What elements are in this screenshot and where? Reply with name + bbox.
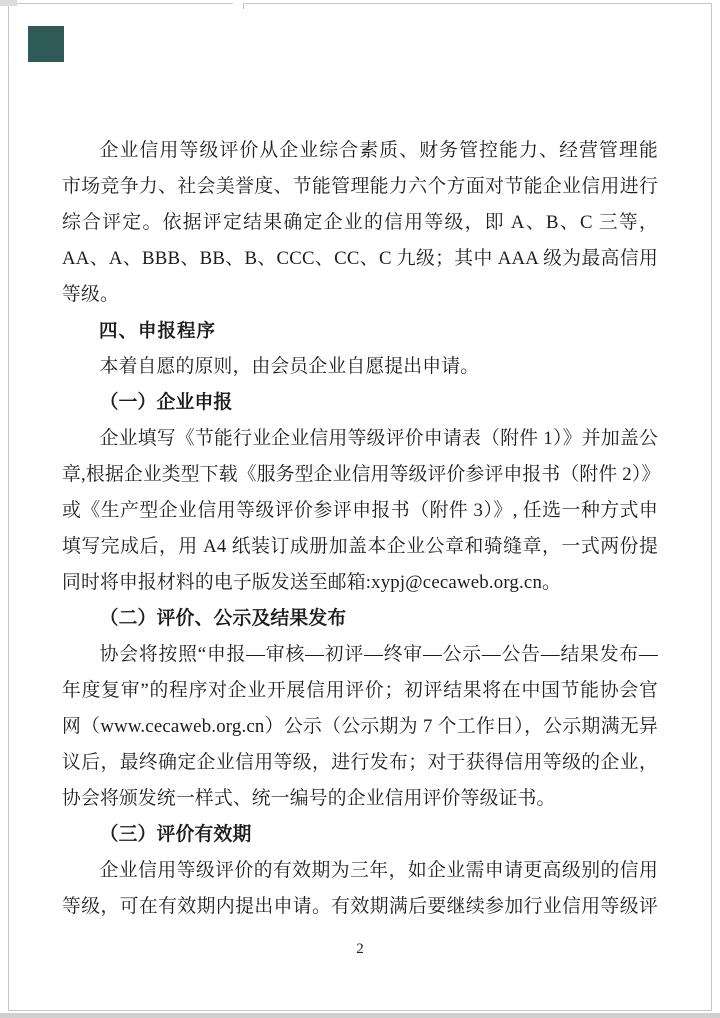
document-page: { "page": { "number": "2", "background":… bbox=[0, 0, 720, 1018]
paragraph-credit-grades: 企业信用等级评价从企业综合素质、财务管控能力、经营管理能力、 市场竞争力、社会美… bbox=[62, 133, 658, 313]
subsection-heading-3: （三）评价有效期 bbox=[62, 817, 658, 853]
scan-corner-artifact bbox=[0, 0, 17, 6]
subsection-heading-1: （一）企业申报 bbox=[62, 385, 658, 421]
text-line: 或《生产型企业信用等级评价参评申报书（附件 3）》, 任选一种方式申报。 bbox=[62, 493, 658, 529]
text-line: 年度复审”的程序对企业开展信用评价；初评结果将在中国节能协会官 bbox=[62, 673, 658, 709]
text-line: 填写完成后，用 A4 纸装订成册加盖本企业公章和骑缝章，一式两份提交， bbox=[62, 529, 658, 565]
subsection-heading-2: （二）评价、公示及结果发布 bbox=[62, 601, 658, 637]
text-line: 同时将申报材料的电子版发送至邮箱:xypj@cecaweb.org.cn。 bbox=[62, 565, 658, 601]
page-number: 2 bbox=[0, 941, 720, 958]
paragraph-application: 企业填写《节能行业企业信用等级评价申请表（附件 1）》并加盖公 章,根据企业类型… bbox=[62, 421, 658, 601]
text-line: 议后，最终确定企业信用等级，进行发布；对于获得信用等级的企业， bbox=[62, 745, 658, 781]
text-line: 网（www.cecaweb.org.cn）公示（公示期为 7 个工作日），公示期… bbox=[62, 709, 658, 745]
text-line: 章,根据企业类型下载《服务型企业信用等级评价参评申报书（附件 2）》 bbox=[62, 457, 658, 493]
section-heading-4: 四、申报程序 bbox=[62, 313, 658, 349]
text-line: 等级，可在有效期内提出申请。有效期满后要继续参加行业信用等级评 bbox=[62, 889, 658, 925]
page-border-tick bbox=[243, 3, 244, 9]
scan-bottom-edge bbox=[0, 1013, 720, 1018]
text-line: 等级。 bbox=[62, 277, 658, 313]
text-line: 协会将颁发统一样式、统一编号的企业信用评价等级证书。 bbox=[62, 781, 658, 817]
paragraph-validity-period: 企业信用等级评价的有效期为三年，如企业需申请更高级别的信用 等级，可在有效期内提… bbox=[62, 853, 658, 925]
paragraph-voluntary: 本着自愿的原则，由会员企业自愿提出申请。 bbox=[62, 349, 658, 385]
text-line: 企业信用等级评价的有效期为三年，如企业需申请更高级别的信用 bbox=[62, 853, 658, 889]
text-line: 市场竞争力、社会美誉度、节能管理能力六个方面对节能企业信用进行 bbox=[62, 169, 658, 205]
text-line: 企业信用等级评价从企业综合素质、财务管控能力、经营管理能力、 bbox=[62, 133, 658, 169]
text-line: 企业填写《节能行业企业信用等级评价申请表（附件 1）》并加盖公 bbox=[62, 421, 658, 457]
paragraph-evaluation-publicity: 协会将按照“申报—审核—初评—终审—公示—公告—结果发布— 年度复审”的程序对企… bbox=[62, 637, 658, 817]
document-content: 企业信用等级评价从企业综合素质、财务管控能力、经营管理能力、 市场竞争力、社会美… bbox=[62, 133, 658, 925]
text-line: 综合评定。依据评定结果确定企业的信用等级，即 A、B、C 三等，AAA、 bbox=[62, 205, 658, 241]
text-line: AA、A、BBB、BB、B、CCC、CC、C 九级；其中 AAA 级为最高信用 bbox=[62, 241, 658, 277]
text-line: 协会将按照“申报—审核—初评—终审—公示—公告—结果发布— bbox=[62, 637, 658, 673]
corner-marker-square bbox=[28, 26, 64, 62]
